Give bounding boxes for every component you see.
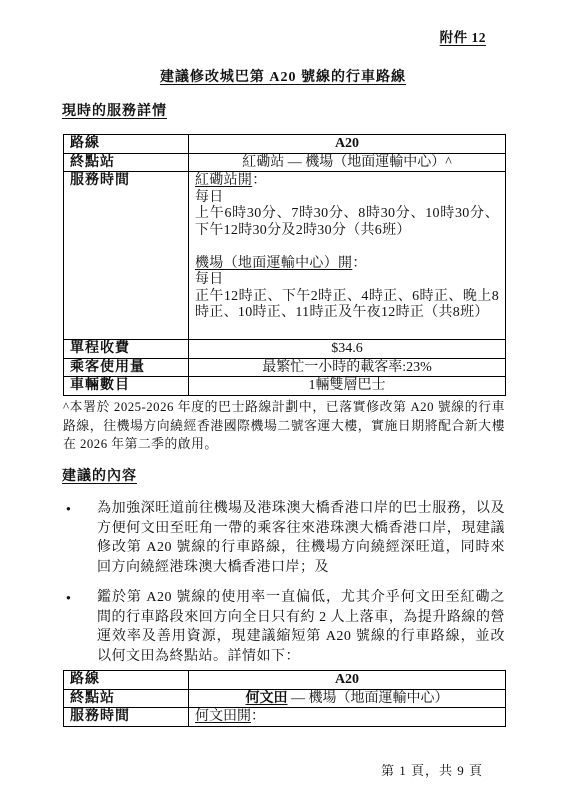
service-hours-label: 服務時間: [64, 172, 189, 340]
table-row-terminus: 終點站 紅磡站 — 機場（地面運輸中心）^: [64, 153, 506, 172]
table-row-terminus: 終點站 何文田 — 機場（地面運輸中心）: [64, 689, 506, 708]
spacer: [195, 322, 499, 339]
route-label: 路線: [64, 135, 189, 154]
page-number: 第 1 頁，共 9 頁: [381, 760, 483, 779]
section-heading-proposal: 建議的內容: [62, 465, 137, 485]
footnote: ^本署於 2025-2026 年度的巴士路線計劃中，已落實修改第 A20 號線的…: [63, 398, 505, 454]
route-label: 路線: [64, 671, 189, 690]
terminus-label: 終點站: [64, 689, 189, 708]
list-item: ● 鑑於第 A20 號線的使用率一直偏低，尤其介乎何文田至紅磡之間的行車路段來回…: [63, 588, 505, 666]
page-title-text: 建議修改城巴第 A20 號線的行車路線: [160, 70, 406, 85]
table-row-service-hours: 服務時間 紅磡站開： 每日 上午6時30分、7時30分、8時30分、10時30分…: [64, 172, 506, 340]
current-service-table: 路線 A20 終點站 紅磡站 — 機場（地面運輸中心）^ 服務時間 紅磡站開： …: [63, 134, 506, 396]
direction-1-times: 上午6時30分、7時30分、8時30分、10時30分、下午12時30分及2時30…: [195, 206, 499, 239]
direction-2-frequency: 每日: [195, 272, 499, 289]
patronage-label: 乘客使用量: [64, 358, 189, 377]
bullet-text: 為加強深旺道前往機場及港珠澳大橋香港口岸的巴士服務，以及方便何文田至旺角一帶的乘…: [97, 499, 505, 577]
terminus-value: 紅磡站 — 機場（地面運輸中心）^: [189, 153, 506, 172]
table-row-route: 路線 A20: [64, 135, 506, 154]
fleet-label: 車輛數目: [64, 377, 189, 396]
spacer: [195, 239, 499, 256]
table-row-fleet: 車輛數目 1輛雙層巴士: [64, 377, 506, 396]
appendix-label: 附件 12: [440, 26, 486, 46]
section-heading-current-service: 現時的服務詳情: [62, 100, 167, 120]
bullet-icon: ●: [63, 499, 97, 519]
proposal-table: 路線 A20 終點站 何文田 — 機場（地面運輸中心） 服務時間 何文田開：: [63, 670, 506, 727]
service-hours-label: 服務時間: [64, 708, 189, 727]
route-value: A20: [189, 135, 506, 154]
fare-label: 單程收費: [64, 340, 189, 359]
bullet-list: ● 為加強深旺道前往機場及港珠澳大橋香港口岸的巴士服務，以及方便何文田至旺角一帶…: [63, 499, 505, 666]
terminus-value: 何文田 — 機場（地面運輸中心）: [189, 689, 506, 708]
direction-heading: 何文田開: [195, 709, 251, 724]
direction-2-heading: 機場（地面運輸中心）開：: [195, 256, 499, 273]
patronage-value: 最繁忙一小時的載客率:23%: [189, 358, 506, 377]
route-value: A20: [189, 671, 506, 690]
table-row-route: 路線 A20: [64, 671, 506, 690]
table-row-service-hours: 服務時間 何文田開：: [64, 708, 506, 727]
terminus-from: 何文田: [246, 691, 288, 706]
table-row-patronage: 乘客使用量 最繁忙一小時的載客率:23%: [64, 358, 506, 377]
table-row-fare: 單程收費 $34.6: [64, 340, 506, 359]
service-hours-value: 何文田開：: [189, 708, 506, 727]
fleet-value: 1輛雙層巴士: [189, 377, 506, 396]
terminus-rest: — 機場（地面運輸中心）: [288, 691, 449, 706]
bullet-icon: ●: [63, 588, 97, 608]
fare-value: $34.6: [189, 340, 506, 359]
terminus-label: 終點站: [64, 153, 189, 172]
list-item: ● 為加強深旺道前往機場及港珠澳大橋香港口岸的巴士服務，以及方便何文田至旺角一帶…: [63, 499, 505, 577]
direction-1-frequency: 每日: [195, 190, 499, 207]
service-hours-value: 紅磡站開： 每日 上午6時30分、7時30分、8時30分、10時30分、下午12…: [189, 172, 506, 340]
direction-1-heading: 紅磡站開：: [195, 173, 499, 190]
bullet-text: 鑑於第 A20 號線的使用率一直偏低，尤其介乎何文田至紅磡之間的行車路段來回方向…: [97, 588, 505, 666]
direction-2-times: 正午12時正、下午2時正、4時正、6時正、晚上8時正、10時正、11時正及午夜1…: [195, 289, 499, 322]
page-title: 建議修改城巴第 A20 號線的行車路線: [0, 66, 566, 86]
document-page: 附件 12 建議修改城巴第 A20 號線的行車路線 現時的服務詳情 路線 A20…: [0, 0, 566, 800]
